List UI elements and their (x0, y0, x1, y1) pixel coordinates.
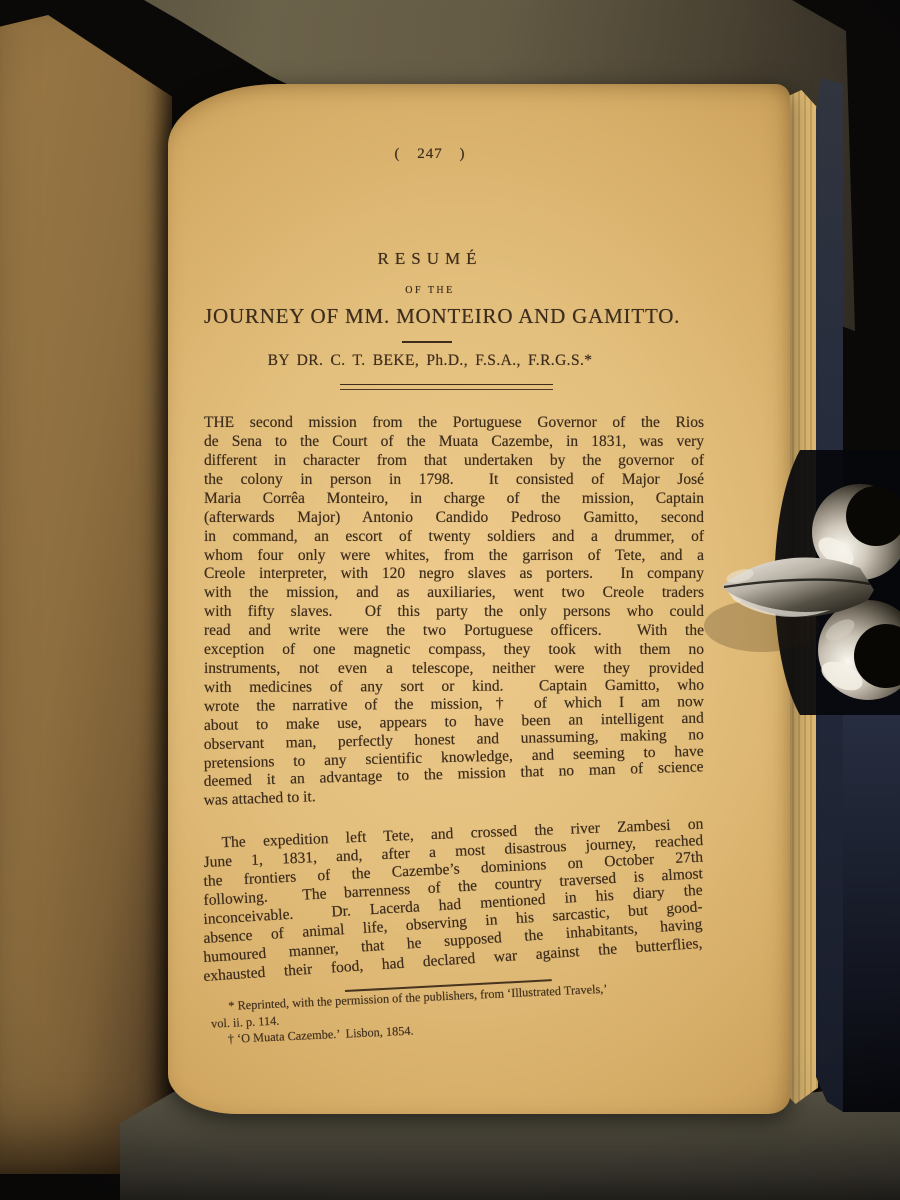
body-line: Maria Corrêa Monteiro, in charge of the … (204, 490, 704, 509)
body-line: in command, an escort of twenty soldiers… (204, 528, 704, 547)
body-line: read and write were the two Portuguese o… (204, 622, 704, 641)
body-line: THE second mission from the Portuguese G… (204, 414, 704, 433)
byline: BY DR. C. T. BEKE, Ph.D., F.S.A., F.R.G.… (204, 352, 656, 370)
body-paragraph-2: The expedition left Tete, and crossed th… (204, 835, 704, 986)
body-line: the colony in person in 1798. It consist… (204, 471, 704, 490)
book-clasp-icon (700, 450, 900, 715)
body-line: different in character from that underta… (204, 452, 704, 471)
body-paragraph-1: THE second mission from the Portuguese G… (204, 414, 704, 811)
body-line: (afterwards Major) Antonio Candido Pedro… (204, 509, 704, 528)
photo-scene: ( 247 ) RESUMÉ OF THE JOURNEY OF MM. MON… (0, 0, 900, 1200)
article-title: RESUMÉ (204, 249, 656, 269)
article-subtitle: JOURNEY OF MM. MONTEIRO AND GAMITTO. (204, 304, 656, 329)
byline-rule (340, 384, 553, 390)
body-line: with fifty slaves. Of this party the onl… (204, 603, 704, 622)
title-connector: OF THE (204, 285, 656, 296)
body-line: Creole interpreter, with 120 negro slave… (204, 565, 704, 584)
page-content: ( 247 ) RESUMÉ OF THE JOURNEY OF MM. MON… (204, 84, 704, 1049)
blue-cover-right (843, 688, 900, 1112)
body-line: whom four only were whites, from the gar… (204, 547, 704, 566)
body-line: exception of one magnetic compass, they … (204, 641, 704, 660)
page-number: ( 247 ) (204, 146, 656, 163)
body-line: with the mission, and as auxiliaries, we… (204, 584, 704, 603)
book-page: ( 247 ) RESUMÉ OF THE JOURNEY OF MM. MON… (168, 84, 790, 1114)
body-line: de Sena to the Court of the Muata Cazemb… (204, 433, 704, 452)
heading-block: ( 247 ) RESUMÉ OF THE JOURNEY OF MM. MON… (204, 146, 656, 370)
footnotes: * Reprinted, with the permission of the … (204, 976, 706, 1048)
facing-page (0, 8, 172, 1174)
title-rule (402, 341, 452, 343)
